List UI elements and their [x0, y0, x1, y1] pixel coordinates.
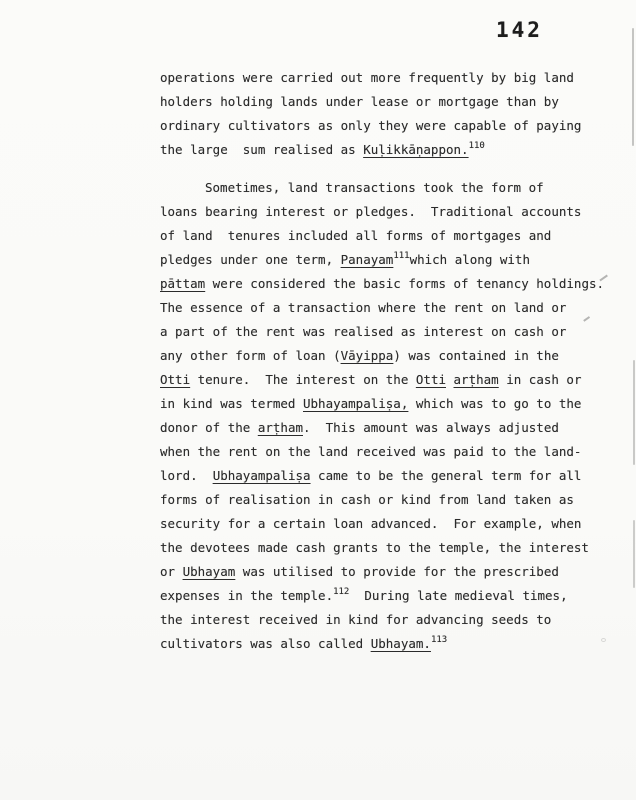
- text-line: ordinary cultivators as only they were c…: [160, 114, 620, 138]
- text-line: forms of realisation in cash or kind fro…: [160, 488, 620, 512]
- text-run: The essence of a transaction where the r…: [160, 300, 566, 315]
- text-line: of land tenures included all forms of mo…: [160, 224, 620, 248]
- text-run: were considered the basic forms of tenan…: [205, 276, 604, 291]
- underlined-term: Kuḷikkāṇappon.: [363, 142, 468, 157]
- text-line: The essence of a transaction where the r…: [160, 296, 620, 320]
- paragraph: operations were carried out more frequen…: [160, 66, 620, 162]
- text-line: Otti tenure. The interest on the Otti ar…: [160, 368, 620, 392]
- text-line: holders holding lands under lease or mor…: [160, 90, 620, 114]
- text-run: ordinary cultivators as only they were c…: [160, 118, 581, 133]
- text-line: operations were carried out more frequen…: [160, 66, 620, 90]
- text-line: lord. Ubhayampaliṣa came to be the gener…: [160, 464, 620, 488]
- text-run: in cash or: [499, 372, 582, 387]
- underlined-term: Ubhayam: [183, 564, 236, 579]
- text-run: of land tenures included all forms of mo…: [160, 228, 551, 243]
- text-run: [446, 372, 454, 387]
- text-run: Sometimes, land transactions took the fo…: [205, 180, 544, 195]
- text-run: security for a certain loan advanced. Fo…: [160, 516, 581, 531]
- underlined-term: Ubhayampaliṣa: [213, 468, 311, 483]
- underlined-term: Vāyippa: [341, 348, 394, 363]
- text-run: was utilised to provide for the prescrib…: [235, 564, 559, 579]
- text-run: lord.: [160, 468, 213, 483]
- text-line: loans bearing interest or pledges. Tradi…: [160, 200, 620, 224]
- underlined-term: Otti: [160, 372, 190, 387]
- underlined-term: arṭham: [258, 420, 303, 435]
- underlined-term: pāttam: [160, 276, 205, 291]
- scan-edge-artifact: [632, 28, 634, 146]
- text-line: the large sum realised as Kuḷikkāṇappon.…: [160, 138, 620, 162]
- text-run: in kind was termed: [160, 396, 303, 411]
- footnote-ref: 112: [333, 588, 349, 597]
- footnote-ref: 113: [431, 636, 447, 645]
- scan-edge-artifact: [633, 520, 635, 588]
- text-run: loans bearing interest or pledges. Tradi…: [160, 204, 581, 219]
- text-line: any other form of loan (Vāyippa) was con…: [160, 344, 620, 368]
- text-line: or Ubhayam was utilised to provide for t…: [160, 560, 620, 584]
- text-line: pledges under one term, Panayam111which …: [160, 248, 620, 272]
- text-run: pledges under one term,: [160, 252, 341, 267]
- text-run: holders holding lands under lease or mor…: [160, 94, 559, 109]
- text-run: which was to go to the: [408, 396, 581, 411]
- text-run: or: [160, 564, 183, 579]
- text-run: tenure. The interest on the: [190, 372, 416, 387]
- paragraph: Sometimes, land transactions took the fo…: [160, 176, 620, 656]
- text-line: expenses in the temple.112 During late m…: [160, 584, 620, 608]
- text-run: when the rent on the land received was p…: [160, 444, 581, 459]
- scan-edge-artifact: [633, 360, 635, 465]
- underlined-term: Ubhayampaliṣa,: [303, 396, 408, 411]
- text-run: came to be the general term for all: [311, 468, 582, 483]
- text-line: a part of the rent was realised as inter…: [160, 320, 620, 344]
- text-run: the devotees made cash grants to the tem…: [160, 540, 589, 555]
- text-run: any other form of loan (: [160, 348, 341, 363]
- underlined-term: arṭham: [454, 372, 499, 387]
- text-line: donor of the arṭham. This amount was alw…: [160, 416, 620, 440]
- text-line: the interest received in kind for advanc…: [160, 608, 620, 632]
- text-run: donor of the: [160, 420, 258, 435]
- page-number: 142: [496, 18, 543, 42]
- text-run: the large sum realised as: [160, 142, 363, 157]
- text-line: cultivators was also called Ubhayam.113: [160, 632, 620, 656]
- text-run: forms of realisation in cash or kind fro…: [160, 492, 574, 507]
- text-run: expenses in the temple.: [160, 588, 333, 603]
- text-line: pāttam were considered the basic forms o…: [160, 272, 620, 296]
- underlined-term: Panayam: [341, 252, 394, 267]
- text-run: the interest received in kind for advanc…: [160, 612, 551, 627]
- text-run: which along with: [410, 252, 530, 267]
- footnote-ref: 111: [393, 252, 409, 261]
- body-text: operations were carried out more frequen…: [160, 66, 620, 656]
- text-run: cultivators was also called: [160, 636, 371, 651]
- footnote-ref: 110: [469, 142, 485, 151]
- text-run: During late medieval times,: [349, 588, 567, 603]
- text-line: when the rent on the land received was p…: [160, 440, 620, 464]
- text-run: a part of the rent was realised as inter…: [160, 324, 566, 339]
- text-line: security for a certain loan advanced. Fo…: [160, 512, 620, 536]
- text-line: in kind was termed Ubhayampaliṣa, which …: [160, 392, 620, 416]
- text-run: operations were carried out more frequen…: [160, 70, 574, 85]
- scan-speck-artifact: [601, 638, 606, 642]
- underlined-term: Ubhayam.: [371, 636, 431, 651]
- underlined-term: Otti: [416, 372, 446, 387]
- scanned-page: 142 operations were carried out more fre…: [0, 0, 636, 800]
- text-run: ) was contained in the: [393, 348, 559, 363]
- text-run: . This amount was always adjusted: [303, 420, 559, 435]
- text-line: Sometimes, land transactions took the fo…: [160, 176, 620, 200]
- text-line: the devotees made cash grants to the tem…: [160, 536, 620, 560]
